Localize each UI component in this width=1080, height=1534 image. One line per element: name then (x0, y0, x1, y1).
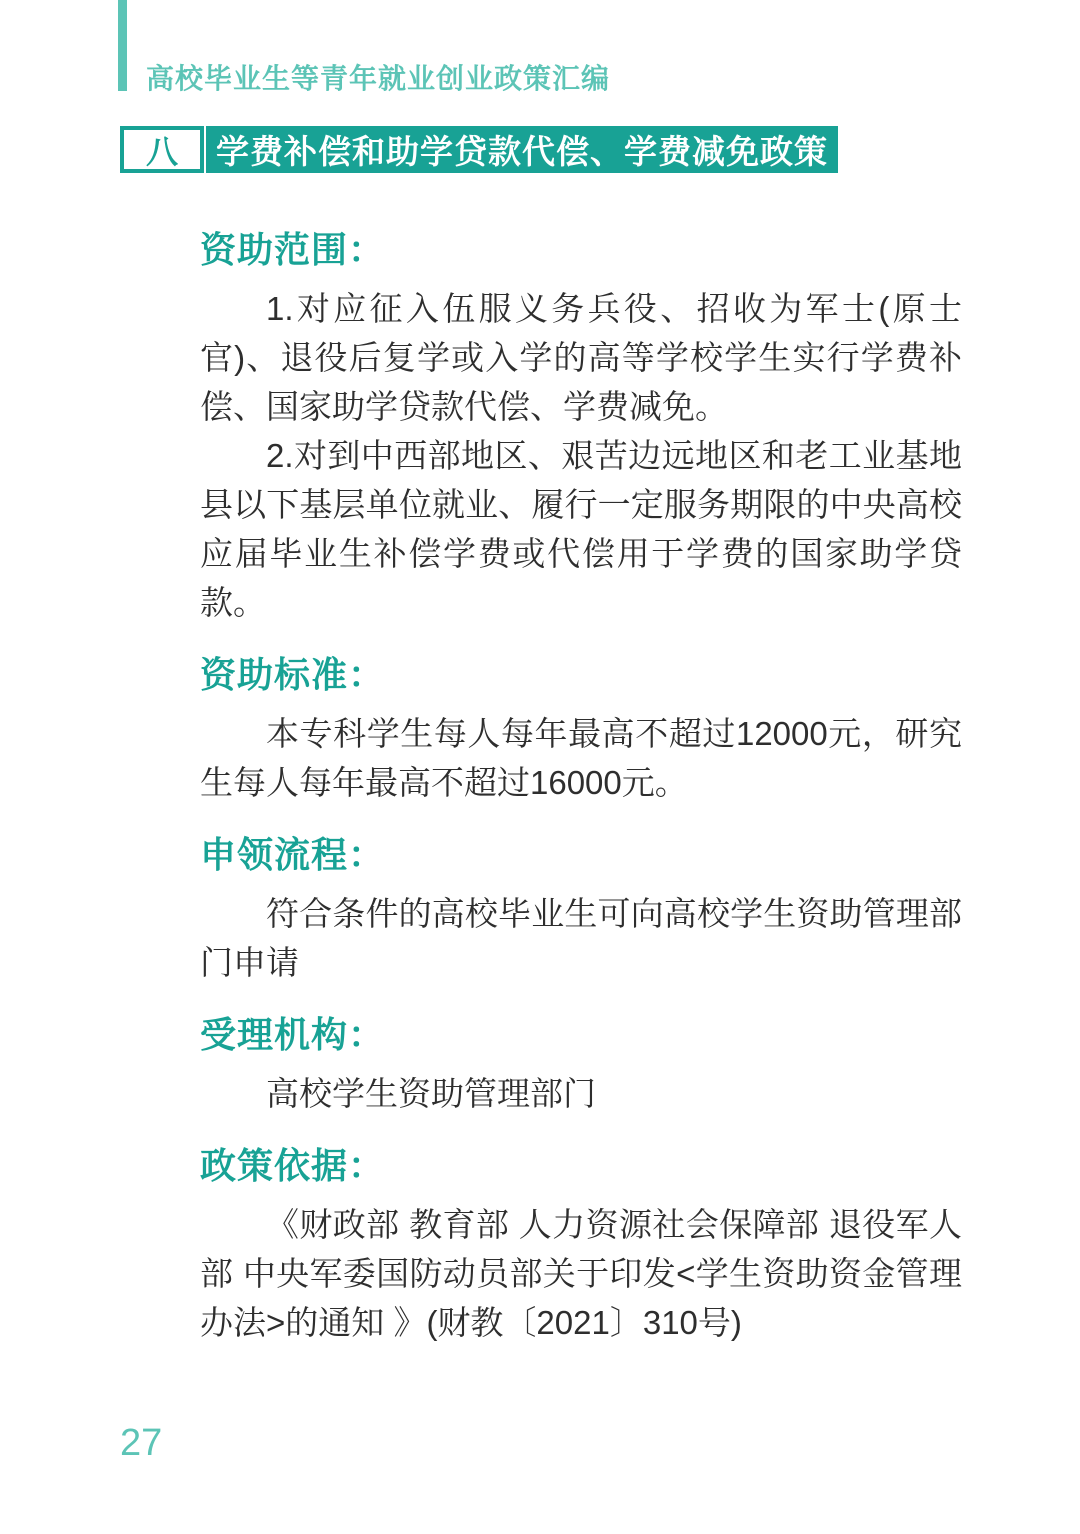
section-banner-row: 八 学费补偿和助学贷款代偿、学费减免政策 (120, 126, 838, 173)
section-accepting-agency: 受理机构： 高校学生资助管理部门 (200, 1013, 962, 1118)
section-number: 八 (146, 127, 178, 173)
section-policy-basis: 政策依据： 《财政部 教育部 人力资源社会保障部 退役军人部 中央军委国防动员部… (200, 1144, 962, 1347)
paragraph: 《财政部 教育部 人力资源社会保障部 退役军人部 中央军委国防动员部关于印发<学… (200, 1200, 962, 1347)
section-scope: 资助范围： 1.对应征入伍服义务兵役、招收为军士(原士官)、退役后复学或入学的高… (200, 228, 962, 627)
paragraph: 符合条件的高校毕业生可向高校学生资助管理部门申请 (200, 889, 962, 987)
section-banner-title: 学费补偿和助学贷款代偿、学费减免政策 (206, 126, 838, 173)
page-number: 27 (120, 1422, 162, 1465)
section-heading: 资助范围： (200, 228, 962, 272)
section-heading: 申领流程： (200, 833, 962, 877)
section-standard: 资助标准： 本专科学生每人每年最高不超过12000元，研究生每人每年最高不超过1… (200, 653, 962, 807)
paragraph: 高校学生资助管理部门 (200, 1069, 962, 1118)
paragraph: 本专科学生每人每年最高不超过12000元，研究生每人每年最高不超过16000元。 (200, 709, 962, 807)
section-number-box: 八 (120, 126, 204, 173)
paragraph: 2.对到中西部地区、艰苦边远地区和老工业基地县以下基层单位就业、履行一定服务期限… (200, 431, 962, 627)
paragraph: 1.对应征入伍服义务兵役、招收为军士(原士官)、退役后复学或入学的高等学校学生实… (200, 284, 962, 431)
booklet-title: 高校毕业生等青年就业创业政策汇编 (146, 57, 610, 97)
section-heading: 政策依据： (200, 1144, 962, 1188)
section-heading: 资助标准： (200, 653, 962, 697)
section-heading: 受理机构： (200, 1013, 962, 1057)
header-accent-bar (118, 0, 127, 91)
section-application-process: 申领流程： 符合条件的高校毕业生可向高校学生资助管理部门申请 (200, 833, 962, 987)
document-body: 资助范围： 1.对应征入伍服义务兵役、招收为军士(原士官)、退役后复学或入学的高… (200, 228, 962, 1347)
